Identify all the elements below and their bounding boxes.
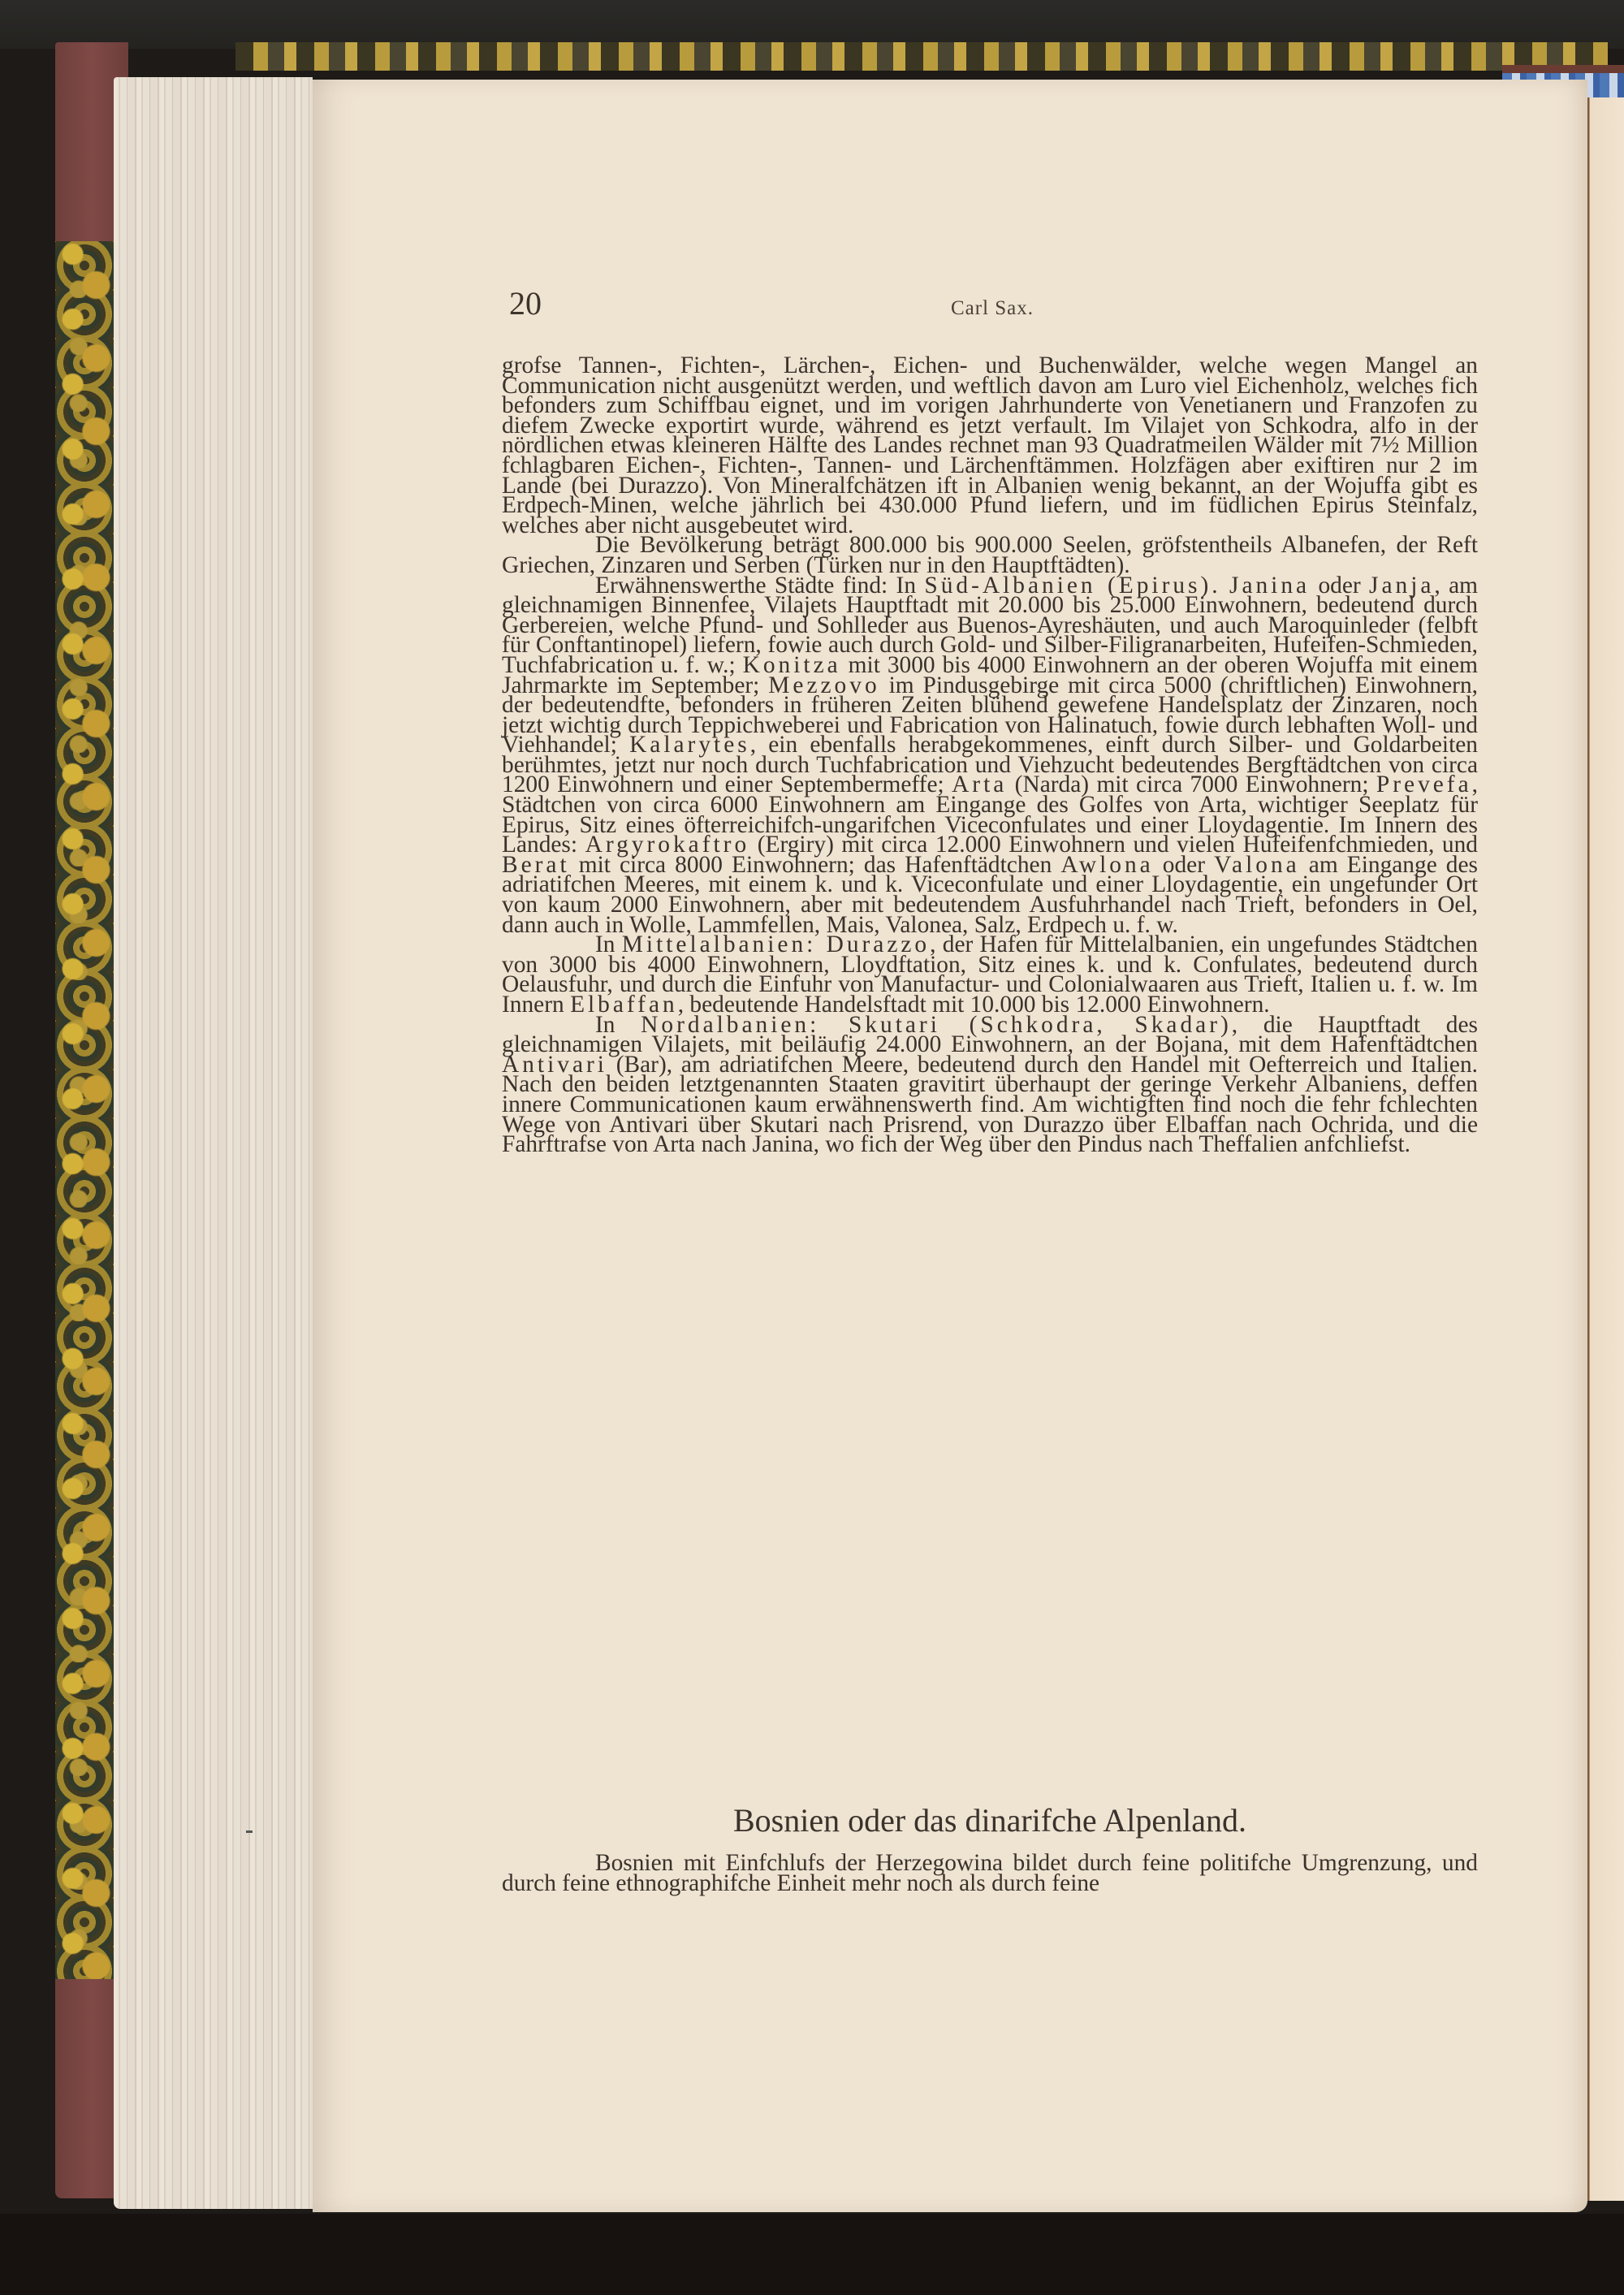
text-run: (Bar), am adriatifchen Meere, bedeutend … (502, 1052, 1478, 1157)
paragraph: Erwähnenswerthe Städte find: In Süd-Alba… (502, 576, 1478, 936)
backdrop (0, 0, 1624, 49)
page-stack-fore-edge (114, 77, 313, 2209)
backdrop-floor (0, 2214, 1624, 2295)
text-run: Die Bevölkerung beträgt 800.000 bis 900.… (502, 532, 1478, 578)
margin-mark (246, 1830, 253, 1833)
paragraph: In Nordalbanien: Skutari (Schkodra, Skad… (502, 1015, 1478, 1155)
text-run: grofse Tannen-, Fichten-, Lärchen-, Eich… (502, 352, 1478, 538)
paragraph: In Mittelalbanien: Durazzo, der Hafen fü… (502, 935, 1478, 1014)
section-body-text: Bosnien mit Einfchlufs der Herzegowina b… (502, 1853, 1478, 1893)
running-head: Carl Sax. (509, 297, 1475, 320)
marbled-cover-top-edge (235, 42, 1608, 71)
marbled-cover (55, 241, 114, 1979)
paragraph: Die Bevölkerung beträgt 800.000 bis 900.… (502, 535, 1478, 575)
next-page-edge (1587, 97, 1624, 2201)
section-paragraph: Bosnien mit Einfchlufs der Herzegowina b… (502, 1853, 1478, 1893)
body-text: grofse Tannen-, Fichten-, Lärchen-, Eich… (502, 356, 1478, 1155)
page-header: 20 Carl Sax. (509, 284, 1475, 333)
paragraph: grofse Tannen-, Fichten-, Lärchen-, Eich… (502, 356, 1478, 535)
section-heading: Bosnien oder das dinarifche Alpenland. (502, 1801, 1478, 1839)
